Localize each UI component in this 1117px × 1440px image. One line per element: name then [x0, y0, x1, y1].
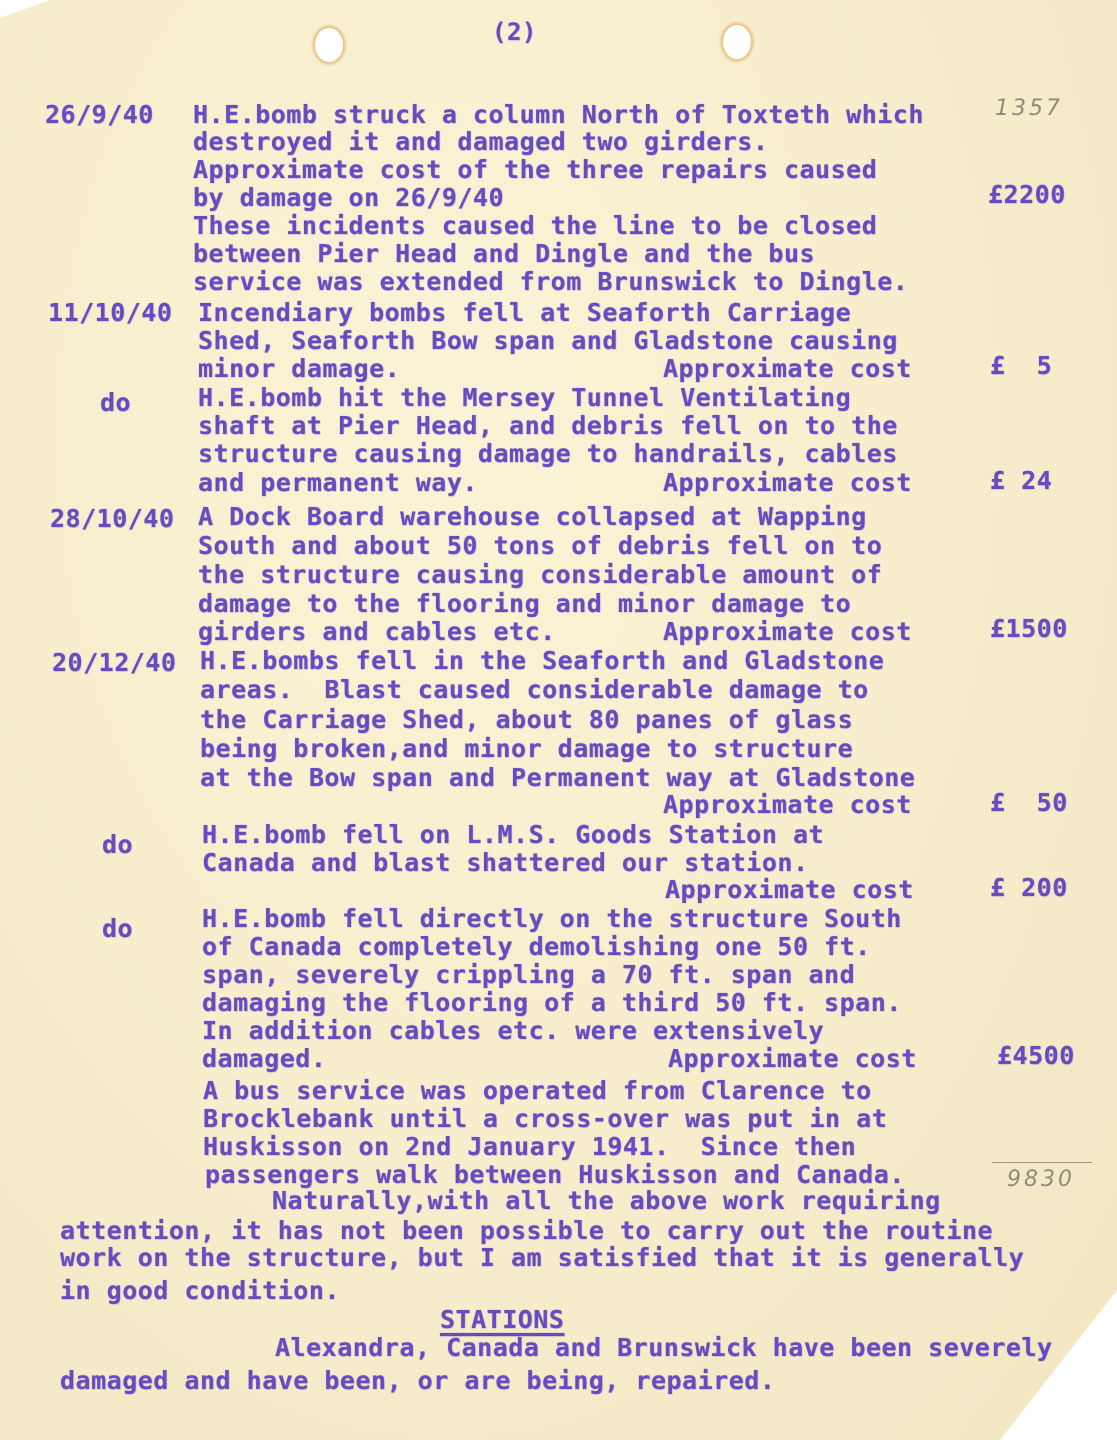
- entry-line: being broken,and minor damage to structu…: [200, 736, 853, 761]
- cost-label: Approximate cost: [668, 1046, 917, 1071]
- entry-line: damaging the flooring of a third 50 ft. …: [202, 990, 902, 1015]
- entry-date: do: [102, 916, 133, 941]
- entry-line: A Dock Board warehouse collapsed at Wapp…: [198, 504, 867, 529]
- entry-line: of Canada completely demolishing one 50 …: [202, 934, 871, 959]
- stations-text-line: Alexandra, Canada and Brunswick have bee…: [275, 1335, 1053, 1360]
- entry-line: H.E.bomb fell on L.M.S. Goods Station at: [202, 822, 824, 847]
- entry-line: span, severely crippling a 70 ft. span a…: [202, 962, 855, 987]
- cost-label: Approximate cost: [663, 792, 912, 817]
- entry-line: H.E.bomb struck a column North of Toxtet…: [193, 102, 924, 127]
- entry-line: In addition cables etc. were extensively: [202, 1018, 824, 1043]
- document-page: (2) 1357 26/9/40 H.E.bomb struck a colum…: [0, 0, 1117, 1440]
- entry-line: by damage on 26/9/40: [193, 185, 504, 210]
- entry-line: minor damage.: [198, 356, 400, 381]
- cost-label: Approximate cost: [665, 877, 914, 902]
- entry-date: 20/12/40: [52, 650, 176, 675]
- entry-cost: £ 200: [990, 875, 1068, 900]
- entry-line: Canada and blast shattered our station.: [202, 850, 809, 875]
- bus-note-line: passengers walk between Huskisson and Ca…: [205, 1162, 905, 1187]
- entry-line: girders and cables etc.: [198, 619, 556, 644]
- entry-line: H.E.bomb hit the Mersey Tunnel Ventilati…: [198, 385, 851, 410]
- cost-label: Approximate cost: [663, 470, 912, 495]
- entry-line: the structure causing considerable amoun…: [198, 562, 882, 587]
- cost-label: Approximate cost: [663, 356, 912, 381]
- entry-line: damaged.: [202, 1046, 326, 1071]
- entry-line: between Pier Head and Dingle and the bus: [193, 241, 815, 266]
- bus-note-line: Brocklebank until a cross-over was put i…: [203, 1106, 887, 1131]
- entry-line: at the Bow span and Permanent way at Gla…: [200, 765, 915, 790]
- entry-cost: £ 50: [990, 790, 1068, 815]
- bus-note-line: Huskisson on 2nd January 1941. Since the…: [203, 1134, 856, 1159]
- entry-date: 28/10/40: [50, 506, 174, 531]
- entry-cost: £ 5: [990, 353, 1052, 378]
- entry-line: Shed, Seaforth Bow span and Gladstone ca…: [198, 328, 898, 353]
- summary-line: work on the structure, but I am satisfie…: [60, 1245, 1024, 1270]
- cost-label: Approximate cost: [663, 619, 912, 644]
- entry-date: do: [102, 832, 133, 857]
- entry-date: do: [100, 390, 131, 415]
- bus-note-line: A bus service was operated from Clarence…: [203, 1078, 872, 1103]
- summary-line: attention, it has not been possible to c…: [60, 1218, 993, 1243]
- entry-line: These incidents caused the line to be cl…: [193, 213, 877, 238]
- entry-line: structure causing damage to handrails, c…: [198, 441, 898, 466]
- summary-line: Naturally,with all the above work requir…: [272, 1188, 941, 1213]
- punch-hole-right: [721, 23, 753, 61]
- entry-cost: £4500: [997, 1043, 1075, 1068]
- entry-cost: £ 24: [990, 468, 1052, 493]
- entry-line: South and about 50 tons of debris fell o…: [198, 533, 882, 558]
- punch-hole-left: [313, 26, 345, 64]
- entry-line: damage to the flooring and minor damage …: [198, 591, 851, 616]
- pencil-annotation-total: 9830: [1007, 1167, 1075, 1192]
- entry-line: H.E.bomb fell directly on the structure …: [202, 906, 902, 931]
- summary-line: in good condition.: [60, 1278, 340, 1303]
- entry-cost: £2200: [988, 182, 1066, 207]
- entry-line: the Carriage Shed, about 80 panes of gla…: [200, 707, 853, 732]
- stations-text-line: damaged and have been, or are being, rep…: [60, 1368, 775, 1393]
- entry-line: Approximate cost of the three repairs ca…: [193, 157, 877, 182]
- entry-line: shaft at Pier Head, and debris fell on t…: [198, 413, 898, 438]
- pencil-total-rule: [992, 1162, 1092, 1163]
- pencil-annotation-top: 1357: [995, 96, 1063, 121]
- entry-date: 11/10/40: [48, 300, 172, 325]
- entry-date: 26/9/40: [45, 102, 154, 127]
- entry-line: Incendiary bombs fell at Seaforth Carria…: [198, 300, 851, 325]
- entry-line: and permanent way.: [198, 470, 478, 495]
- entry-line: areas. Blast caused considerable damage …: [200, 677, 869, 702]
- entry-line: H.E.bombs fell in the Seaforth and Glads…: [200, 648, 884, 673]
- entry-line: service was extended from Brunswick to D…: [193, 269, 908, 294]
- entry-cost: £1500: [990, 616, 1068, 641]
- entry-line: destroyed it and damaged two girders.: [193, 129, 768, 154]
- page-number: (2): [492, 20, 537, 45]
- stations-heading: STATIONS: [440, 1307, 564, 1332]
